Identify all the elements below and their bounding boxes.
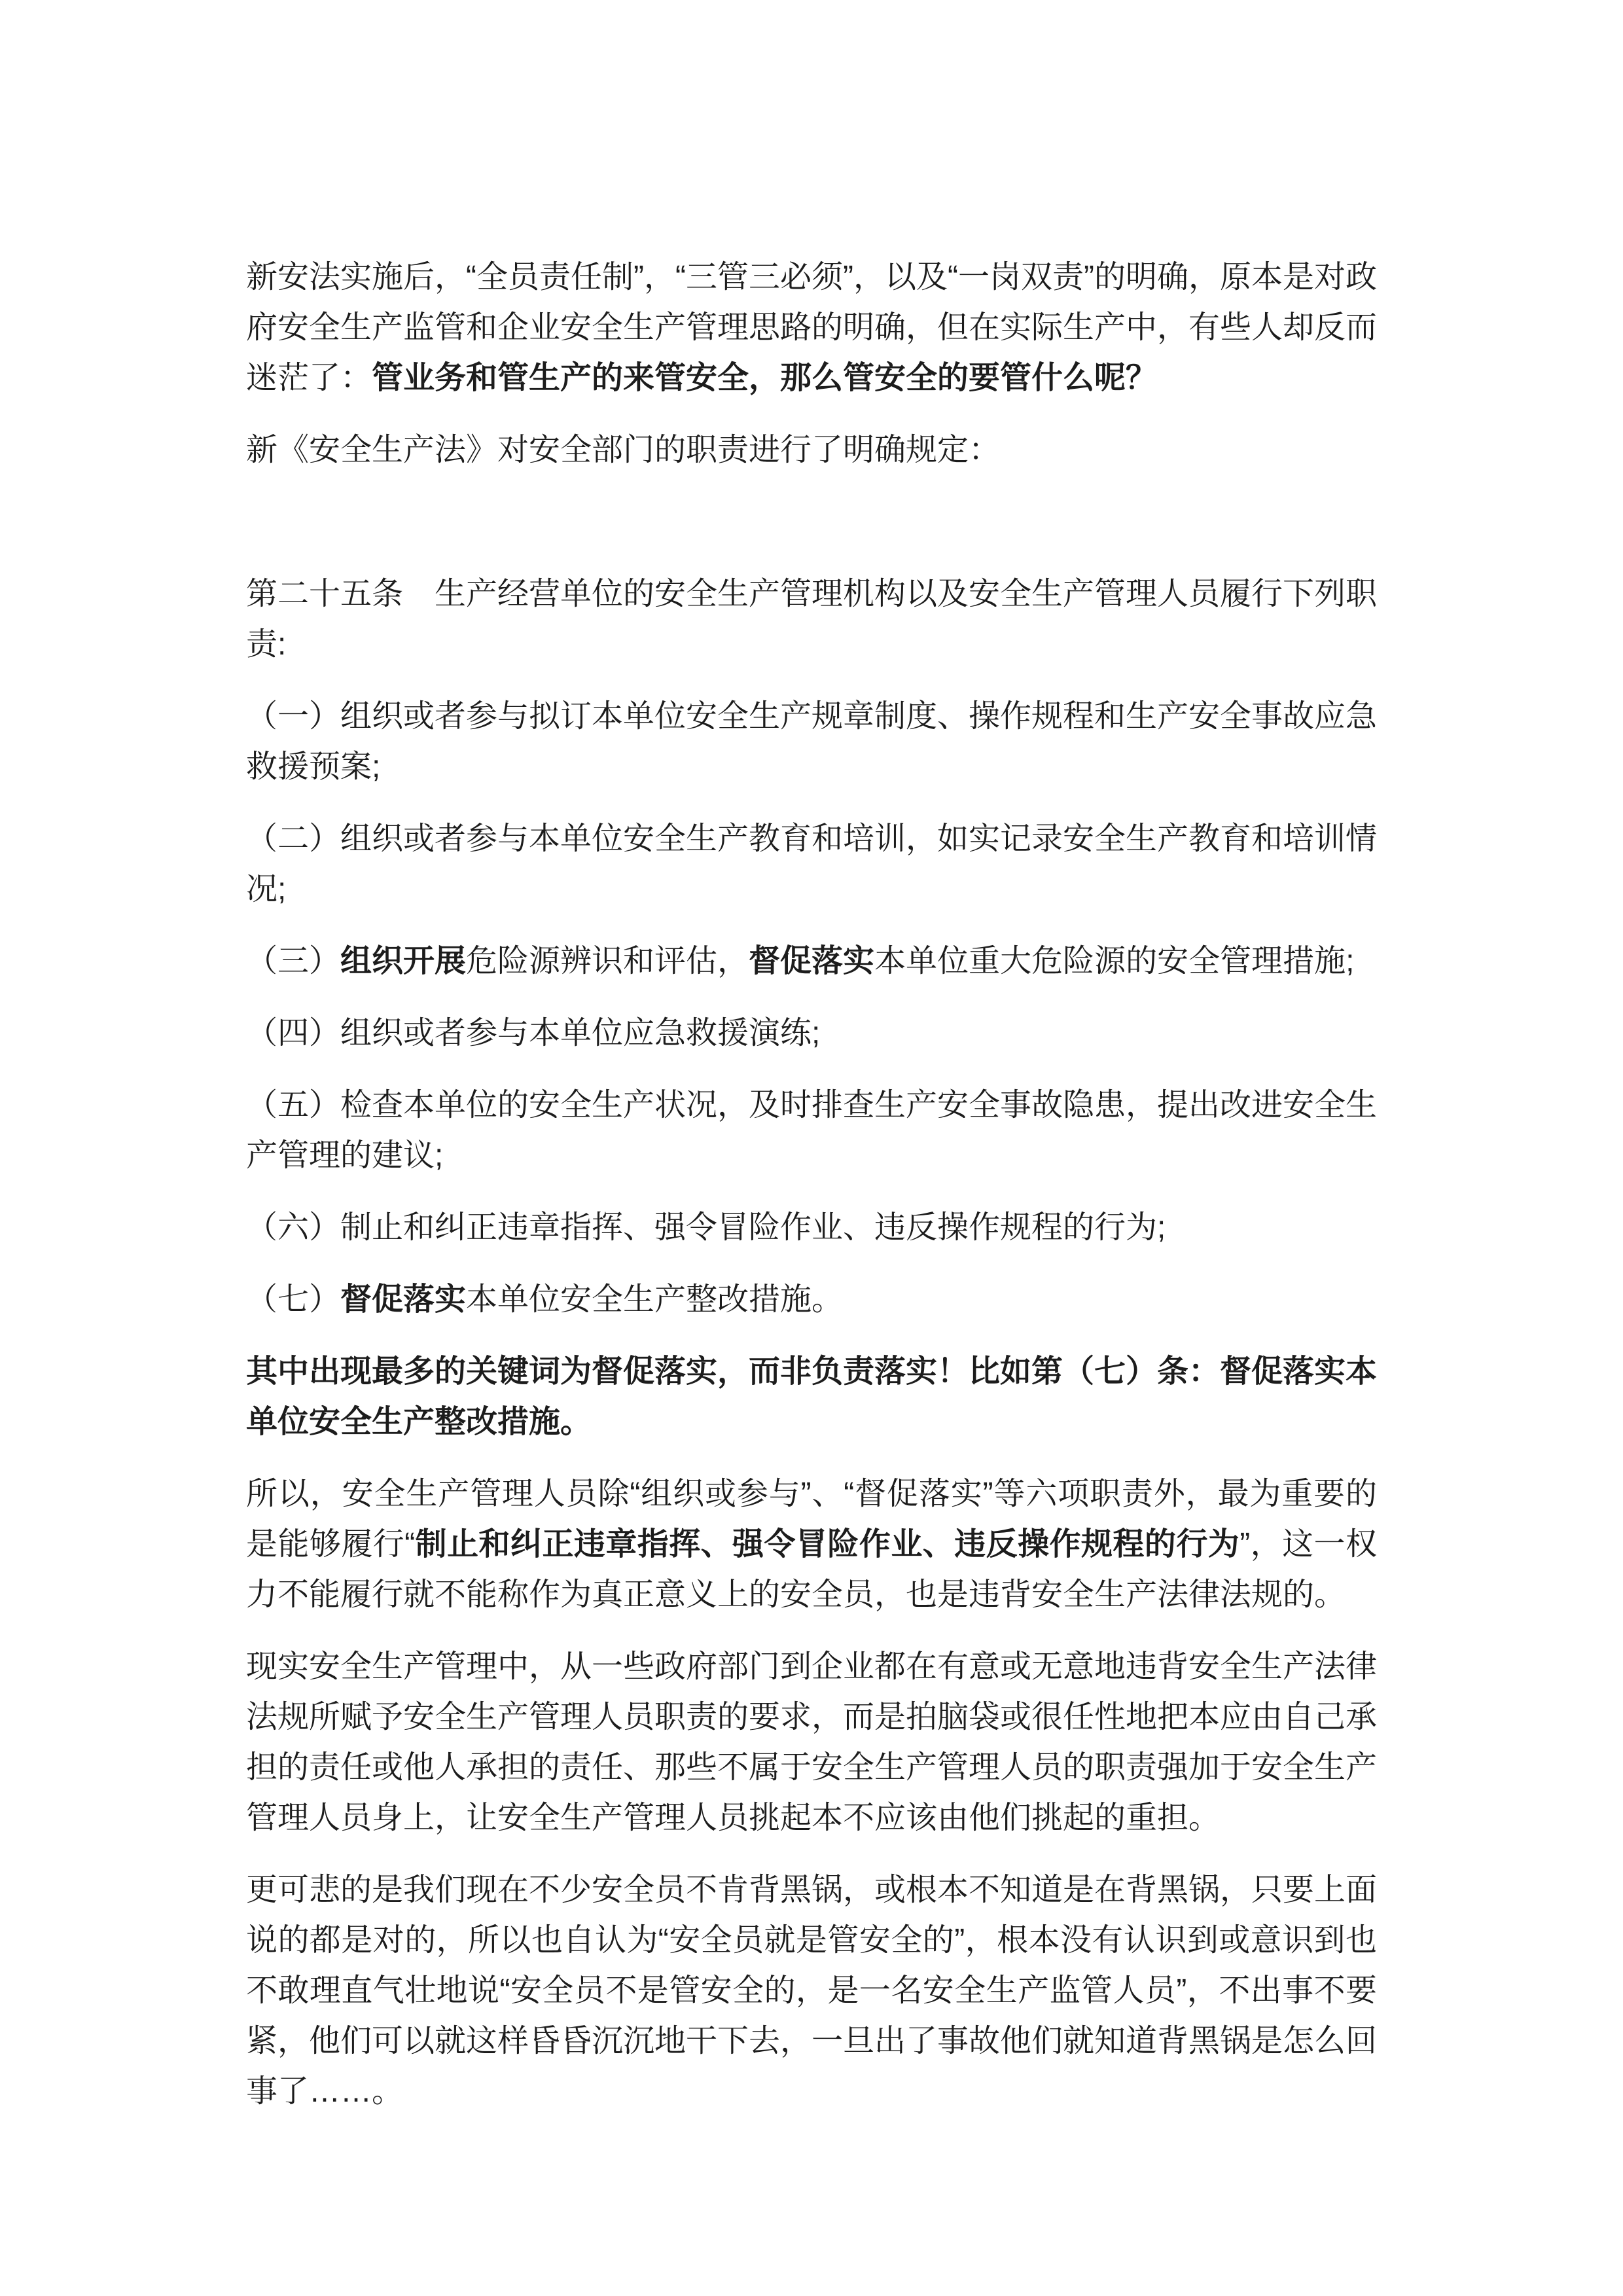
bold-text-run: 其中出现最多的关键词为督促落实，而非负责落实！比如第（七）条：督促落实本单位安全… [246, 1354, 1377, 1439]
bold-text-run: 组织开展 [340, 944, 466, 978]
document-body: 新安法实施后，“全员责任制”，“三管三必须”，以及“一岗双责”的明确，原本是对政… [246, 252, 1377, 2117]
bold-text-run: 管业务和管生产的来管安全，那么管安全的要管什么呢？ [372, 361, 1157, 395]
paragraph-law-intro: 新《安全生产法》对安全部门的职责进行了明确规定： [246, 425, 1377, 475]
text-run: 更可悲的是我们现在不少安全员不肯背黑锅，或根本不知道是在背黑锅，只要上面说的都是… [246, 1873, 1377, 2109]
paragraph-intro: 新安法实施后，“全员责任制”，“三管三必须”，以及“一岗双责”的明确，原本是对政… [246, 252, 1377, 403]
text-run: （四）组织或者参与本单位应急救援演练; [246, 1016, 820, 1050]
paragraph-duty-6: （六）制止和纠正违章指挥、强令冒险作业、违反操作规程的行为; [246, 1202, 1377, 1253]
paragraph-article-25: 第二十五条 生产经营单位的安全生产管理机构以及安全生产管理人员履行下列职责: [246, 569, 1377, 670]
text-run: 现实安全生产管理中，从一些政府部门到企业都在有意或无意地违背安全生产法律法规所赋… [246, 1649, 1377, 1835]
paragraph-conclusion: 所以，安全生产管理人员除“组织或参与”、“督促落实”等六项职责外，最为重要的是能… [246, 1469, 1377, 1620]
paragraph-duty-5: （五）检查本单位的安全生产状况，及时排查生产安全事故隐患，提出改进安全生产管理的… [246, 1080, 1377, 1181]
text-run: 危险源辨识和评估， [466, 944, 749, 978]
paragraph-duty-2: （二）组织或者参与本单位安全生产教育和培训，如实记录安全生产教育和培训情况; [246, 814, 1377, 914]
bold-text-run: 督促落实 [340, 1282, 466, 1317]
paragraph-lament: 更可悲的是我们现在不少安全员不肯背黑锅，或根本不知道是在背黑锅，只要上面说的都是… [246, 1865, 1377, 2117]
paragraph-blank-line [246, 497, 1377, 547]
text-run: （五）检查本单位的安全生产状况，及时排查生产安全事故隐患，提出改进安全生产管理的… [246, 1088, 1377, 1173]
paragraph-duty-1: （一）组织或者参与拟订本单位安全生产规章制度、操作规程和生产安全事故应急救援预案… [246, 691, 1377, 792]
text-run: 本单位重大危险源的安全管理措施; [874, 944, 1354, 978]
text-run: （七） [246, 1282, 340, 1317]
text-run: 第二十五条 生产经营单位的安全生产管理机构以及安全生产管理人员履行下列职责: [246, 577, 1377, 662]
text-run: （三） [246, 944, 340, 978]
paragraph-duty-3: （三）组织开展危险源辨识和评估，督促落实本单位重大危险源的安全管理措施; [246, 936, 1377, 986]
bold-text-run: 督促落实 [749, 944, 874, 978]
text-run: （二）组织或者参与本单位安全生产教育和培训，如实记录安全生产教育和培训情况; [246, 821, 1377, 906]
paragraph-reality: 现实安全生产管理中，从一些政府部门到企业都在有意或无意地违背安全生产法律法规所赋… [246, 1641, 1377, 1843]
text-run: 本单位安全生产整改措施。 [466, 1282, 843, 1317]
text-run: 新《安全生产法》对安全部门的职责进行了明确规定： [246, 433, 1000, 467]
paragraph-duty-7: （七）督促落实本单位安全生产整改措施。 [246, 1274, 1377, 1325]
document-page: 新安法实施后，“全员责任制”，“三管三必须”，以及“一岗双责”的明确，原本是对政… [0, 0, 1623, 2296]
text-run: （六）制止和纠正违章指挥、强令冒险作业、违反操作规程的行为; [246, 1210, 1166, 1245]
bold-text-run: 制止和纠正违章指挥、强令冒险作业、违反操作规程的行为 [415, 1527, 1240, 1562]
paragraph-key-point: 其中出现最多的关键词为督促落实，而非负责落实！比如第（七）条：督促落实本单位安全… [246, 1346, 1377, 1447]
text-run: （一）组织或者参与拟订本单位安全生产规章制度、操作规程和生产安全事故应急救援预案… [246, 699, 1377, 784]
paragraph-duty-4: （四）组织或者参与本单位应急救援演练; [246, 1008, 1377, 1058]
